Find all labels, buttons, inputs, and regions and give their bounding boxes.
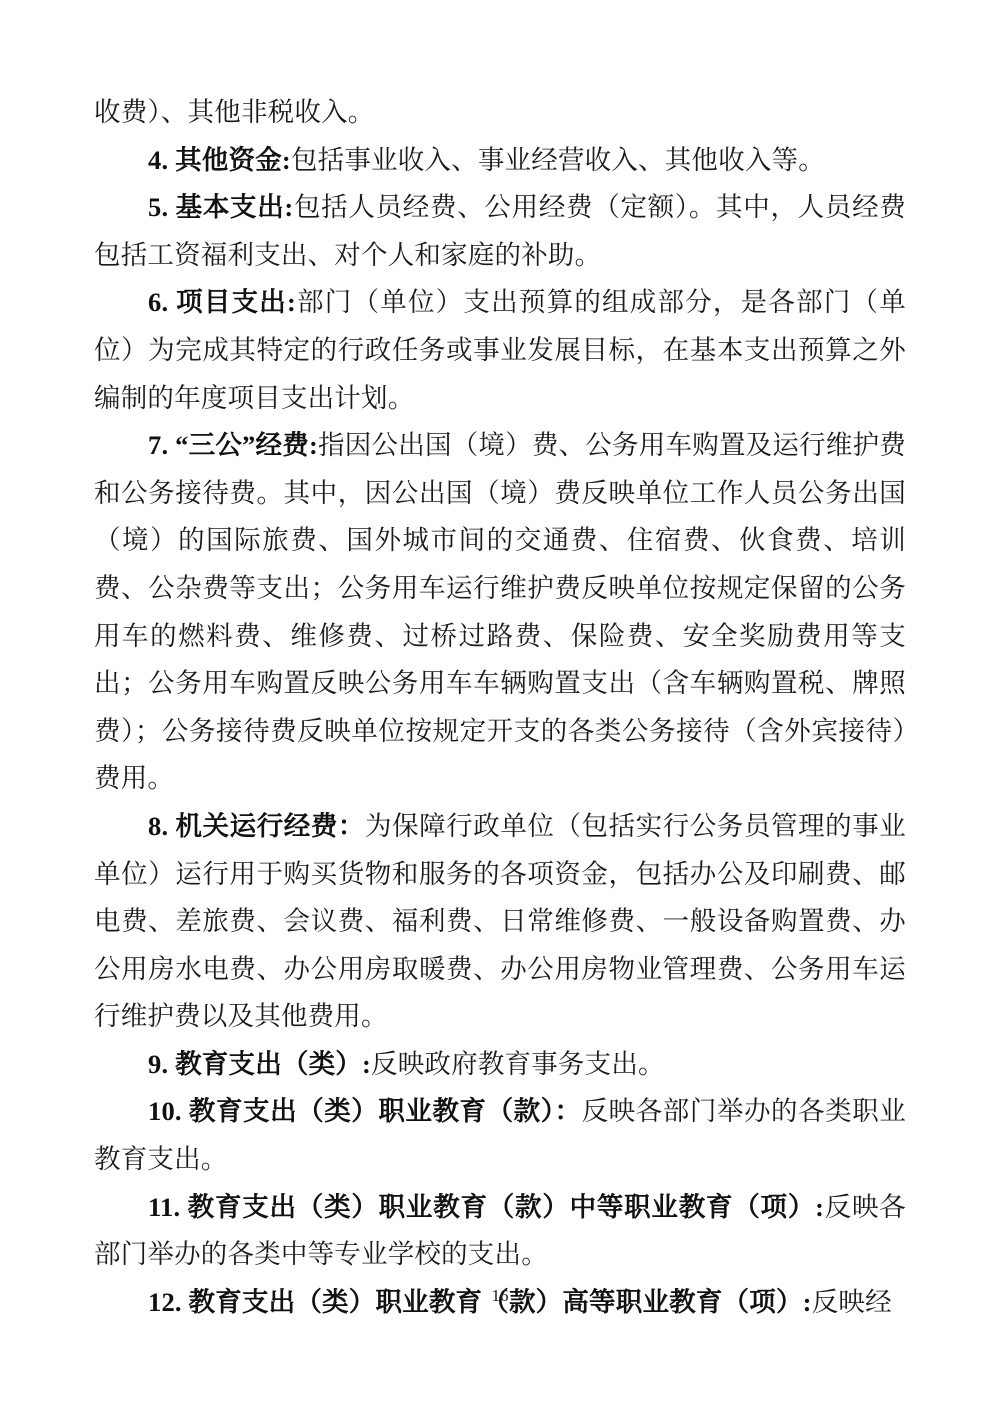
term-label: 10. 教育支出（类）职业教育（款）： — [148, 1096, 582, 1126]
term-definition: 指因公出国（境）费、公务用车购置及运行维护费和公务接待费。其中，因公出国（境）费… — [94, 430, 906, 793]
term-label: 5. 基本支出: — [148, 192, 293, 222]
paragraph: 9. 教育支出（类）:反映政府教育事务支出。 — [94, 1041, 906, 1089]
document-body: 收费）、其他非税收入。4. 其他资金:包括事业收入、事业经营收入、其他收入等。5… — [94, 89, 906, 1326]
document-page: 收费）、其他非税收入。4. 其他资金:包括事业收入、事业经营收入、其他收入等。5… — [0, 0, 1000, 1414]
term-label: 11. 教育支出（类）职业教育（款）中等职业教育（项）: — [148, 1192, 824, 1222]
paragraph: 7. “三公”经费:指因公出国（境）费、公务用车购置及运行维护费和公务接待费。其… — [94, 422, 906, 803]
paragraph: 10. 教育支出（类）职业教育（款）：反映各部门举办的各类职业教育支出。 — [94, 1088, 906, 1183]
paragraph: 4. 其他资金:包括事业收入、事业经营收入、其他收入等。 — [94, 137, 906, 185]
term-label: 4. 其他资金: — [148, 145, 291, 175]
page-footer: 16 — [0, 1286, 1000, 1306]
paragraph: 收费）、其他非税收入。 — [94, 89, 906, 137]
page-number: 16 — [492, 1286, 509, 1305]
term-definition: 包括事业收入、事业经营收入、其他收入等。 — [291, 145, 825, 175]
term-label: 7. “三公”经费: — [148, 430, 318, 460]
paragraph: 11. 教育支出（类）职业教育（款）中等职业教育（项）:反映各部门举办的各类中等… — [94, 1184, 906, 1279]
term-label: 6. 项目支出: — [148, 287, 296, 317]
paragraph: 8. 机关运行经费：为保障行政单位（包括实行公务员管理的事业单位）运行用于购买货… — [94, 803, 906, 1041]
term-definition: 为保障行政单位（包括实行公务员管理的事业单位）运行用于购买货物和服务的各项资金，… — [94, 811, 906, 1031]
paragraph: 6. 项目支出:部门（单位）支出预算的组成部分，是各部门（单位）为完成其特定的行… — [94, 279, 906, 422]
term-label: 8. 机关运行经费： — [148, 811, 365, 841]
term-label: 9. 教育支出（类）: — [148, 1049, 371, 1079]
paragraph: 5. 基本支出:包括人员经费、公用经费（定额）。其中，人员经费包括工资福利支出、… — [94, 184, 906, 279]
term-definition: 收费）、其他非税收入。 — [94, 97, 374, 127]
term-definition: 反映政府教育事务支出。 — [371, 1049, 665, 1079]
